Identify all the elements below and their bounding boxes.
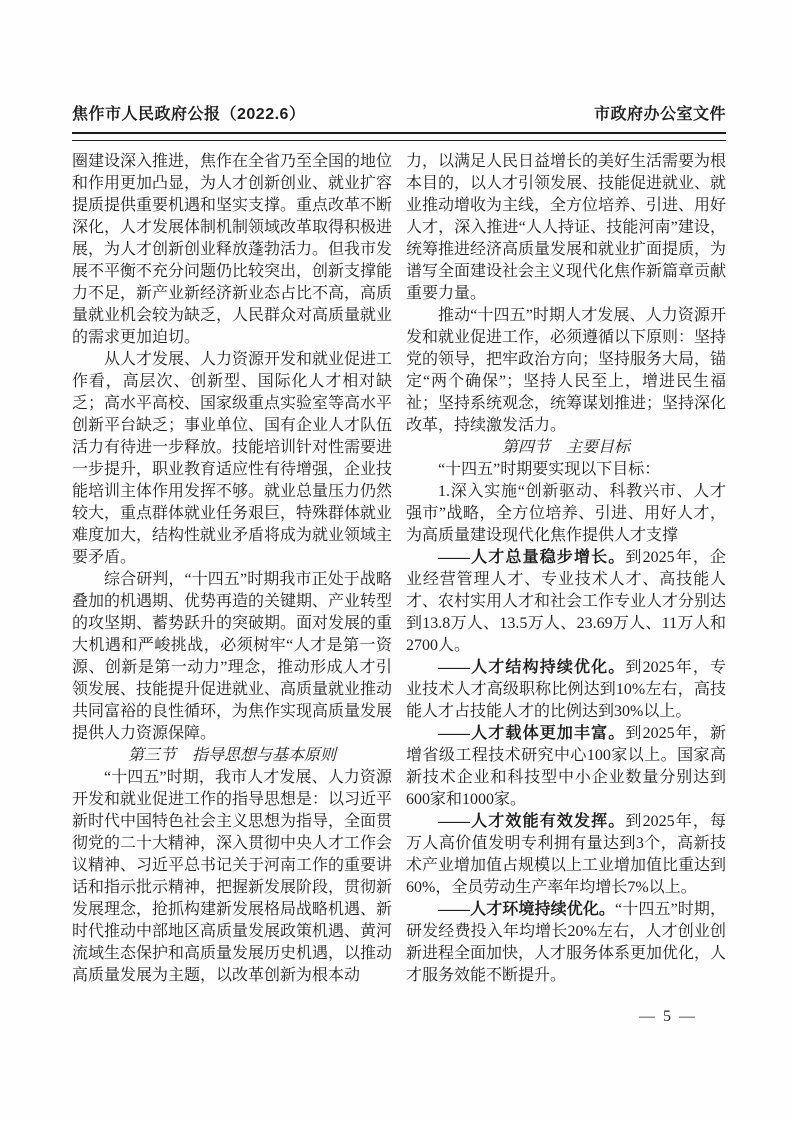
header-publication-title: 焦作市人民政府公报（2022.6） — [72, 101, 305, 124]
goal-lead: ——人才总量稳步增长。 — [438, 549, 625, 566]
paragraph-continuation: 力，以满足人民日益增长的美好生活需要为根本目的，以人才引领发展、技能促进就业、就… — [406, 151, 726, 305]
goal-paragraph: ——人才效能有效发挥。到2025年，每万人高价值发明专利拥有量达到3个，高新技术… — [406, 811, 726, 899]
goal-lead: ——人才结构持续优化。 — [438, 659, 625, 676]
paragraph: 1.深入实施“创新驱动、科教兴市、人才强市”战略，全方位培养、引进、用好人才，为… — [406, 481, 726, 547]
paragraph: 综合研判，“十四五”时期我市正处于战略叠加的机遇期、优势再造的关键期、产业转型的… — [72, 569, 392, 745]
page-number: — 5 — — [613, 1008, 723, 1026]
section-heading-3: 第三节 指导思想与基本原则 — [72, 745, 392, 767]
content-columns: 圈建设深入推进，焦作在全省乃至全国的地位和作用更加凸显，为人才创新创业、就业扩容… — [72, 151, 726, 987]
goal-paragraph: ——人才环境持续优化。“十四五”时期，研发经费投入年均增长20%左右，人才创业创… — [406, 899, 726, 987]
goal-paragraph: ——人才载体更加丰富。到2025年，新增省级工程技术研究中心100家以上。国家高… — [406, 723, 726, 811]
gazette-page: 焦作市人民政府公报（2022.6） 市政府办公室文件 圈建设深入推进，焦作在全省… — [0, 0, 793, 1122]
goal-lead: ——人才效能有效发挥。 — [438, 813, 625, 830]
left-column: 圈建设深入推进，焦作在全省乃至全国的地位和作用更加凸显，为人才创新创业、就业扩容… — [72, 151, 392, 987]
header-rule — [72, 140, 726, 141]
header-document-category: 市政府办公室文件 — [594, 101, 726, 124]
section-heading-4: 第四节 主要目标 — [406, 437, 726, 459]
paragraph: “十四五”时期，我市人才发展、人力资源开发和就业促进工作的指导思想是：以习近平新… — [72, 767, 392, 987]
goal-paragraph: ——人才总量稳步增长。到2025年，企业经营管理人才、专业技术人才、高技能人才、… — [406, 547, 726, 657]
page-header: 焦作市人民政府公报（2022.6） 市政府办公室文件 — [72, 101, 726, 134]
right-column: 力，以满足人民日益增长的美好生活需要为根本目的，以人才引领发展、技能促进就业、就… — [406, 151, 726, 987]
paragraph: 推动“十四五”时期人才发展、人力资源开发和就业促进工作，必须遵循以下原则：坚持党… — [406, 305, 726, 437]
paragraph: 从人才发展、人力资源开发和就业促进工作看，高层次、创新型、国际化人才相对缺乏；高… — [72, 349, 392, 569]
paragraph: “十四五”时期要实现以下目标： — [406, 459, 726, 481]
goal-paragraph: ——人才结构持续优化。到2025年，专业技术人才高级职称比例达到10%左右，高技… — [406, 657, 726, 723]
goal-lead: ——人才载体更加丰富。 — [438, 725, 625, 742]
paragraph-continuation: 圈建设深入推进，焦作在全省乃至全国的地位和作用更加凸显，为人才创新创业、就业扩容… — [72, 151, 392, 349]
goal-lead: ——人才环境持续优化。 — [438, 901, 615, 918]
